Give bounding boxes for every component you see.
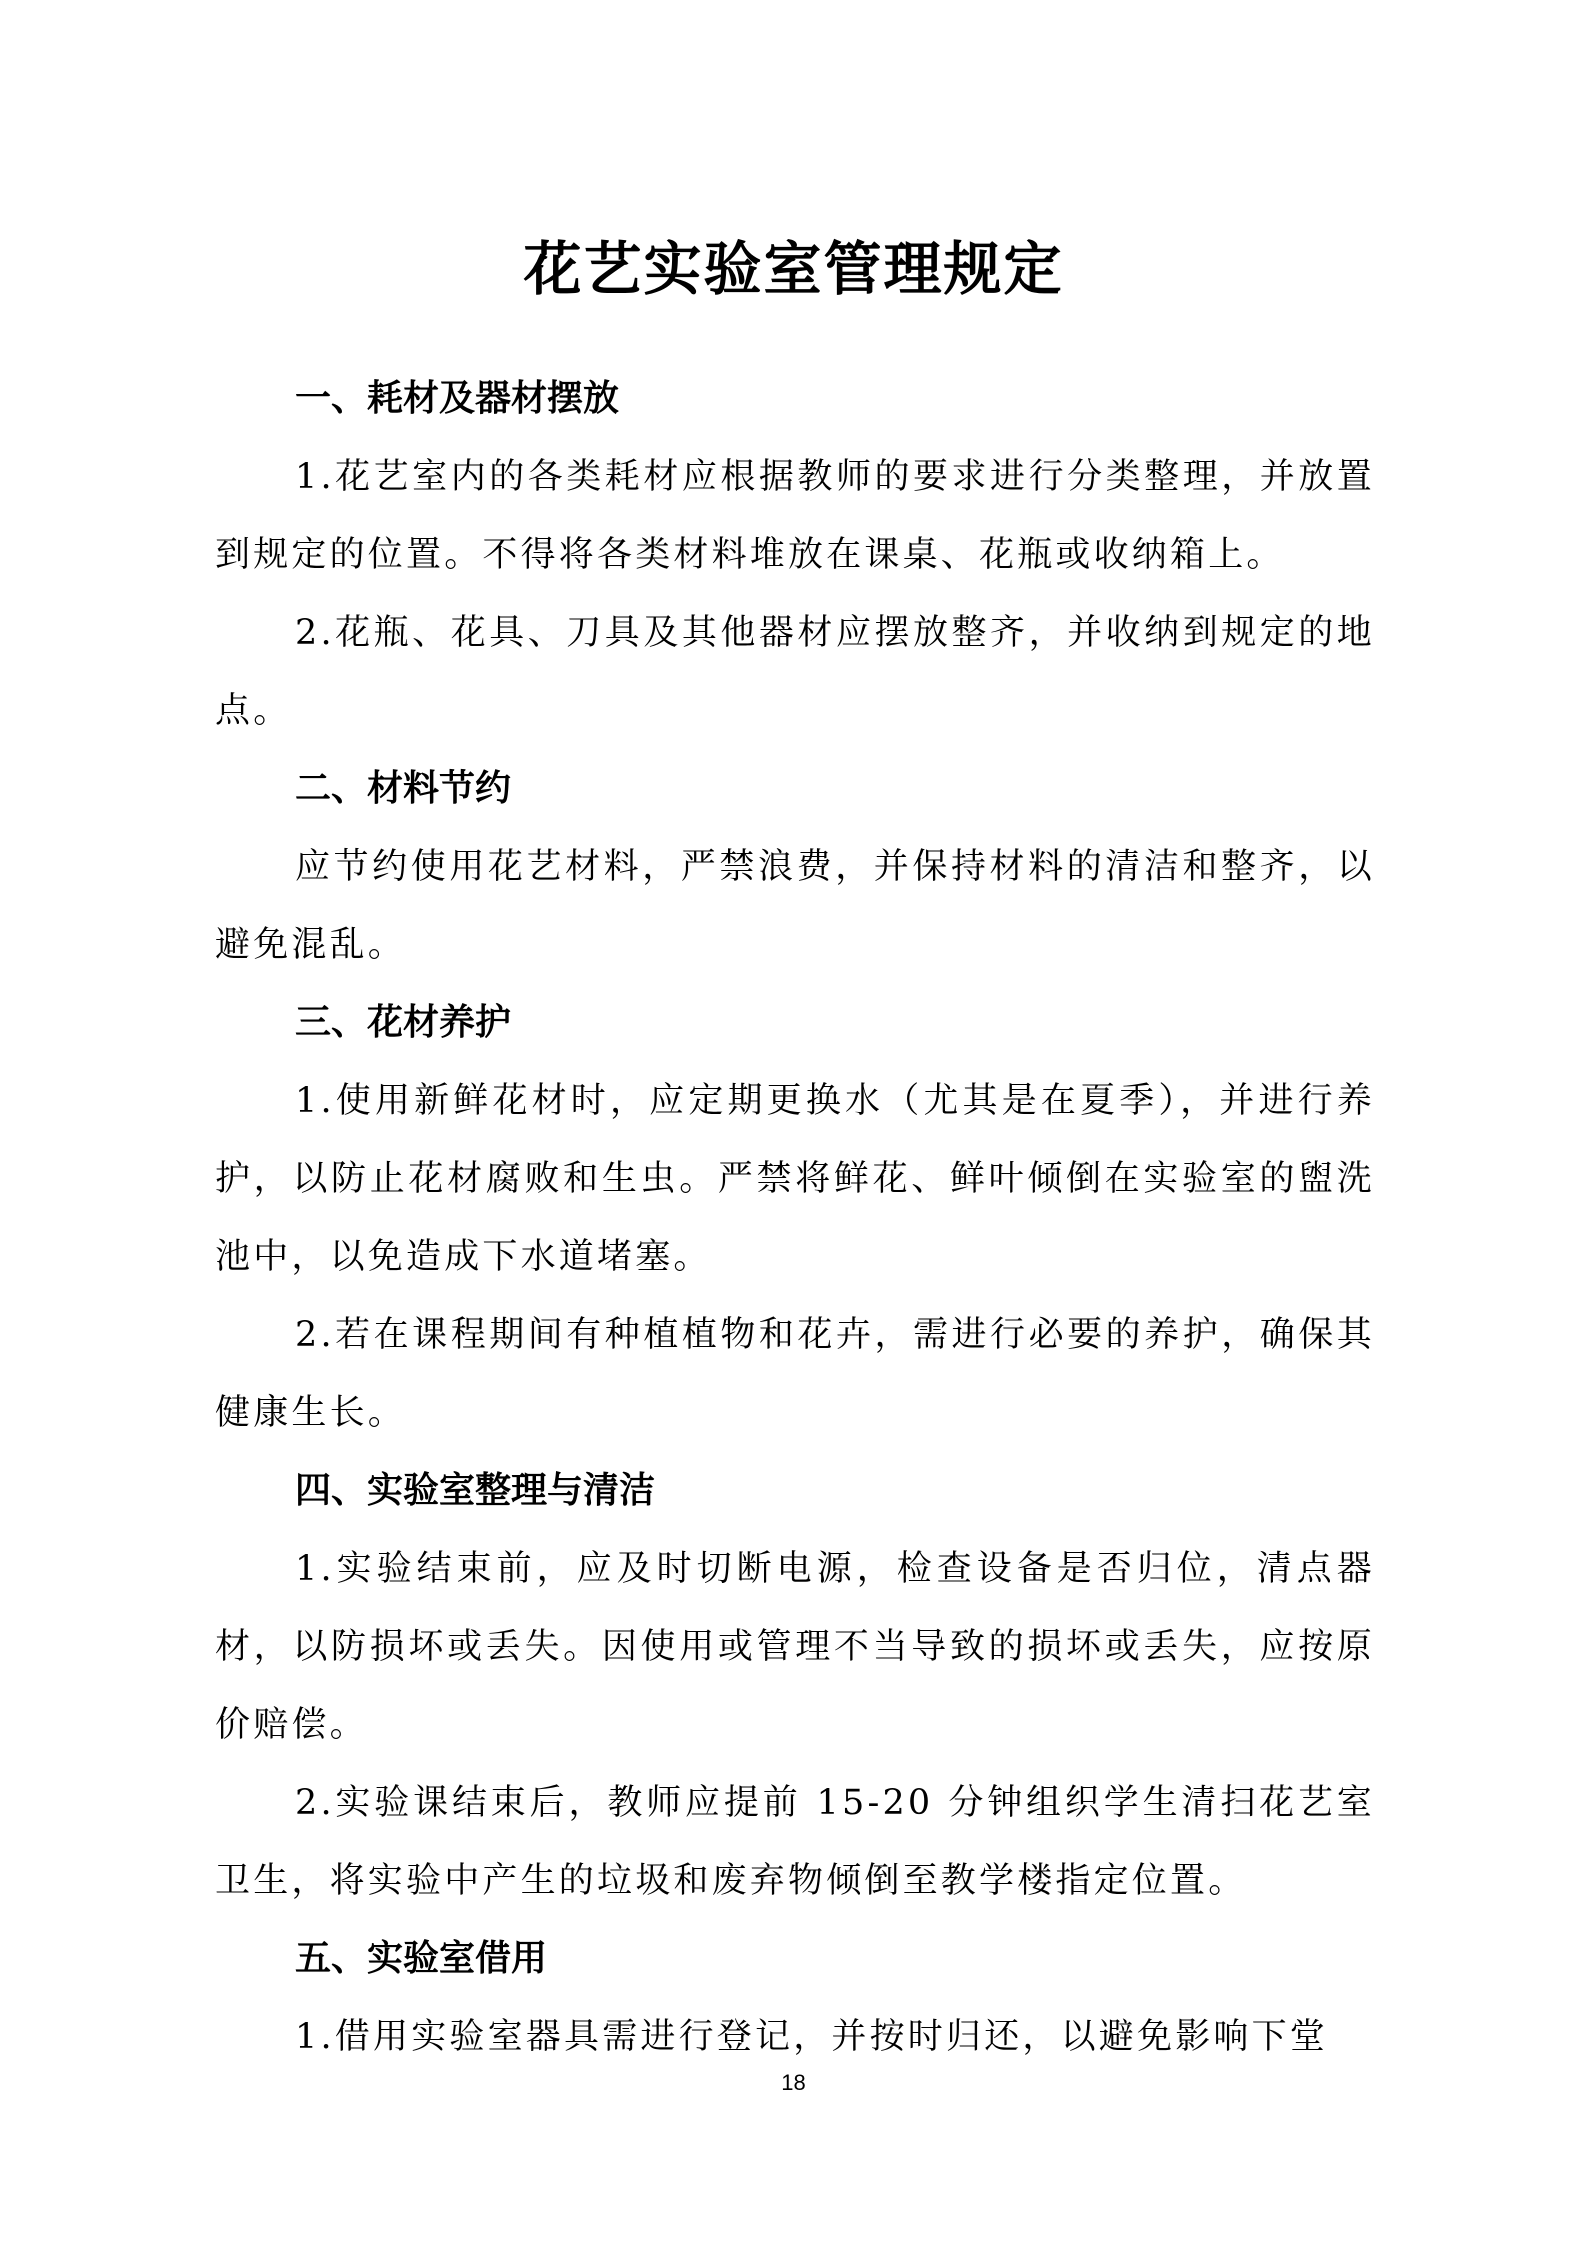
paragraph: 2.若在课程期间有种植植物和花卉，需进行必要的养护，确保其健康生长。 <box>215 1296 1375 1452</box>
document-page: 花艺实验室管理规定 一、耗材及器材摆放 1.花艺室内的各类耗材应根据教师的要求进… <box>0 0 1587 2245</box>
section-heading: 三、花材养护 <box>215 984 1375 1062</box>
paragraph: 1.借用实验室器具需进行登记，并按时归还，以避免影响下堂 <box>215 1998 1375 2076</box>
document-body: 一、耗材及器材摆放 1.花艺室内的各类耗材应根据教师的要求进行分类整理，并放置到… <box>215 360 1375 2076</box>
paragraph: 应节约使用花艺材料，严禁浪费，并保持材料的清洁和整齐，以避免混乱。 <box>215 828 1375 984</box>
paragraph: 1.花艺室内的各类耗材应根据教师的要求进行分类整理，并放置到规定的位置。不得将各… <box>215 438 1375 594</box>
paragraph: 1.使用新鲜花材时，应定期更换水（尤其是在夏季），并进行养护，以防止花材腐败和生… <box>215 1062 1375 1296</box>
page-number: 18 <box>0 2068 1587 2098</box>
section-heading: 四、实验室整理与清洁 <box>215 1452 1375 1530</box>
section-heading: 二、材料节约 <box>215 750 1375 828</box>
section-lab-cleaning: 四、实验室整理与清洁 1.实验结束前，应及时切断电源，检查设备是否归位，清点器材… <box>215 1452 1375 1920</box>
paragraph: 1.实验结束前，应及时切断电源，检查设备是否归位，清点器材，以防损坏或丢失。因使… <box>215 1530 1375 1764</box>
paragraph: 2.实验课结束后，教师应提前 15-20 分钟组织学生清扫花艺室卫生，将实验中产… <box>215 1764 1375 1920</box>
section-heading: 五、实验室借用 <box>215 1920 1375 1998</box>
section-flower-care: 三、花材养护 1.使用新鲜花材时，应定期更换水（尤其是在夏季），并进行养护，以防… <box>215 984 1375 1452</box>
paragraph: 2.花瓶、花具、刀具及其他器材应摆放整齐，并收纳到规定的地点。 <box>215 594 1375 750</box>
section-material-saving: 二、材料节约 应节约使用花艺材料，严禁浪费，并保持材料的清洁和整齐，以避免混乱。 <box>215 750 1375 984</box>
section-lab-borrowing: 五、实验室借用 1.借用实验室器具需进行登记，并按时归还，以避免影响下堂 <box>215 1920 1375 2076</box>
section-consumables-placement: 一、耗材及器材摆放 1.花艺室内的各类耗材应根据教师的要求进行分类整理，并放置到… <box>215 360 1375 750</box>
page-title: 花艺实验室管理规定 <box>0 229 1587 309</box>
section-heading: 一、耗材及器材摆放 <box>215 360 1375 438</box>
